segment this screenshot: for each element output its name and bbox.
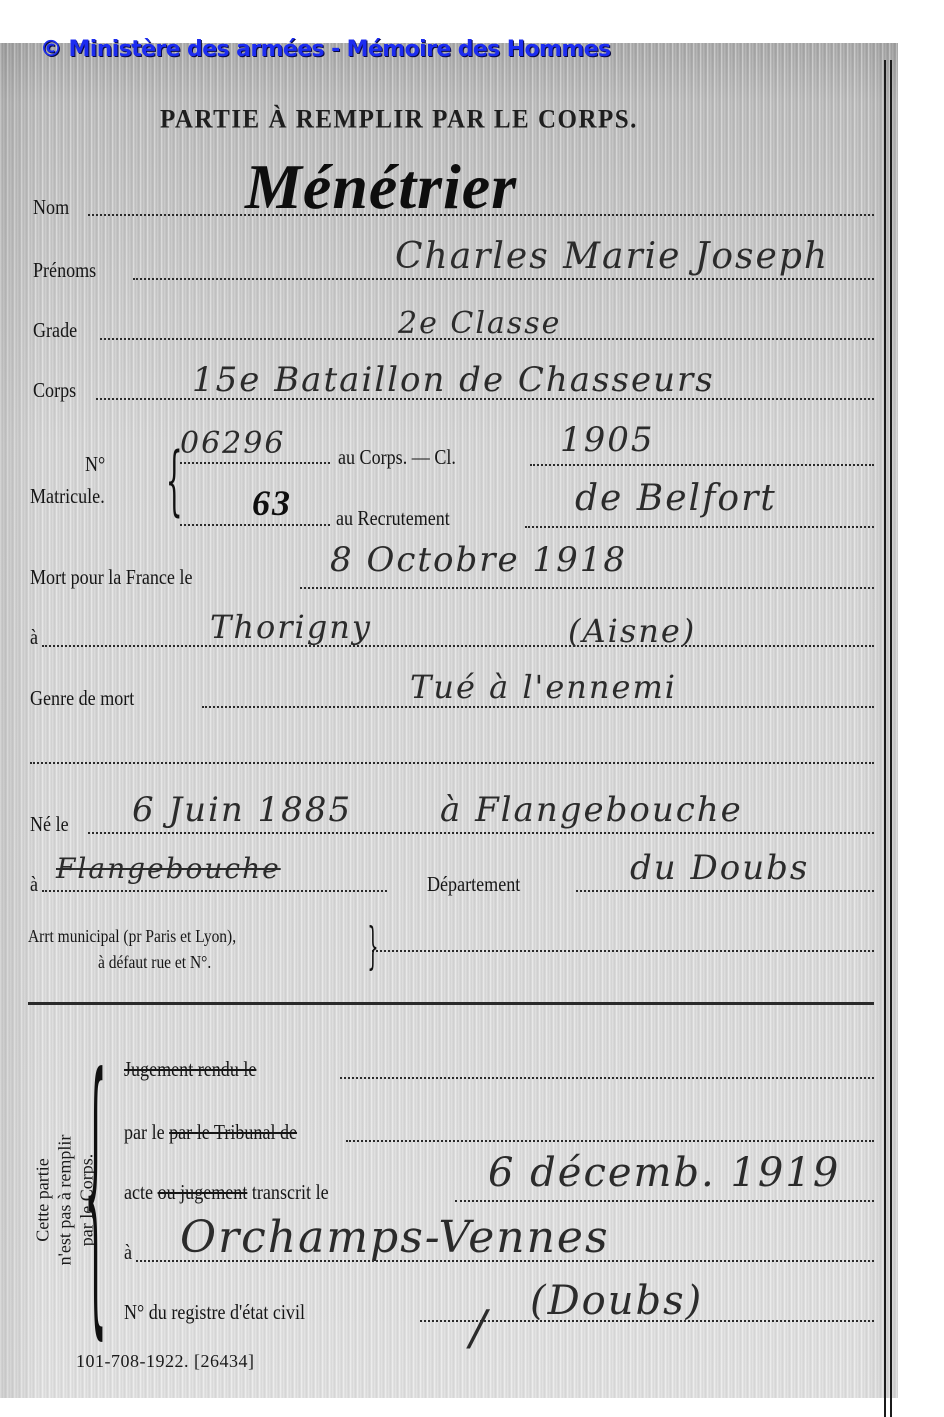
arr-municipal-line [372,950,874,952]
classe-value: 1905 [560,420,655,460]
transcrit-label-struck: ou jugement [158,1180,248,1204]
genre-de-mort-label: Genre de mort [30,686,134,711]
tribunal-label-struck: par le Tribunal de [169,1120,297,1144]
transcription-brace: { [84,1040,107,1340]
matricule-label-no: N° [85,452,105,477]
nom-label: Nom [33,195,69,220]
tribunal-label: par le par le Tribunal de [124,1120,297,1145]
matricule-corps-label: au Corps. — Cl. [338,445,456,470]
matricule-label: Matricule. [30,484,105,509]
genre-de-mort-value: Tué à l'ennemi [410,668,677,706]
corps-value: 15e Bataillon de Chasseurs [192,360,715,400]
departement-label: Département [427,872,520,897]
registre-value: / [470,1300,488,1356]
transcrit-value: 6 décemb. 1919 [488,1150,840,1196]
grade-label: Grade [33,318,77,343]
mort-a-label: à [30,625,38,650]
ne-a-line [42,890,387,892]
transcrit-line [455,1200,874,1202]
ne-le-line [88,832,874,834]
ne-le-value: 6 Juin 1885 [132,790,352,830]
mort-a-dept: (Aisne) [568,612,696,650]
mort-le-label: Mort pour la France le [30,565,192,590]
classe-line [530,464,874,466]
registre-dept: (Doubs) [530,1278,703,1324]
tribunal-label-prefix: par le [124,1120,169,1144]
genre-de-mort-line [202,706,874,708]
ne-a-label: à [30,872,38,897]
tribunal-line [346,1140,874,1142]
transcrit-label-suffix: transcrit le [247,1180,328,1204]
matricule-recrutement-number: 63 [252,482,292,524]
recrutement-label: au Recrutement [336,506,450,531]
nom-value: Ménétrier [245,150,517,224]
side-note-line2: n'est pas à remplir [53,1135,75,1266]
matricule-corps-number: 06296 [180,426,285,461]
corps-label: Corps [33,378,76,403]
form-title: PARTIE À REMPLIR PAR LE CORPS. [160,105,638,134]
mort-le-line [300,587,874,589]
matricule-corps-line [180,462,330,464]
lieu-value: Orchamps-Vennes [180,1212,610,1263]
ne-le-label: Né le [30,812,69,837]
transcrit-label-prefix: acte [124,1180,158,1204]
arr-municipal-brace: } [367,918,378,974]
arr-municipal-label-2: à défaut rue et N°. [98,952,211,973]
extra-line [30,762,874,764]
grade-value: 2e Classe [398,306,561,341]
jugement-rendu-label: Jugement rendu le [124,1057,256,1082]
transcrit-label: acte ou jugement transcrit le [124,1180,329,1205]
ne-le-place: à Flangebouche [440,790,743,830]
arr-municipal-label: Arrt municipal (pr Paris et Lyon), [28,926,236,947]
section-divider [28,1002,874,1005]
margin-rule-outer [884,60,886,1417]
departement-line [576,890,874,892]
departement-value: du Doubs [630,848,809,888]
prenoms-label: Prénoms [33,258,96,283]
margin-rule-inner [890,60,892,1417]
mort-le-value: 8 Octobre 1918 [330,540,627,580]
mort-a-value: Thorigny [210,608,372,646]
prenoms-value: Charles Marie Joseph [395,236,829,277]
mort-a-line [42,645,874,647]
prenoms-line [133,278,874,280]
copyright-watermark: © Ministère des armées - Mémoire des Hom… [40,37,611,62]
jugement-rendu-line [340,1077,874,1079]
registre-label: N° du registre d'état civil [124,1300,305,1325]
side-note-line1: Cette partie [31,1135,53,1266]
matricule-recrutement-line [180,524,330,526]
ne-a-value-struck: Flangebouche [56,852,281,885]
lieu-label: à [124,1240,132,1265]
recrutement-line [525,526,874,528]
recrutement-value: de Belfort [575,478,777,519]
